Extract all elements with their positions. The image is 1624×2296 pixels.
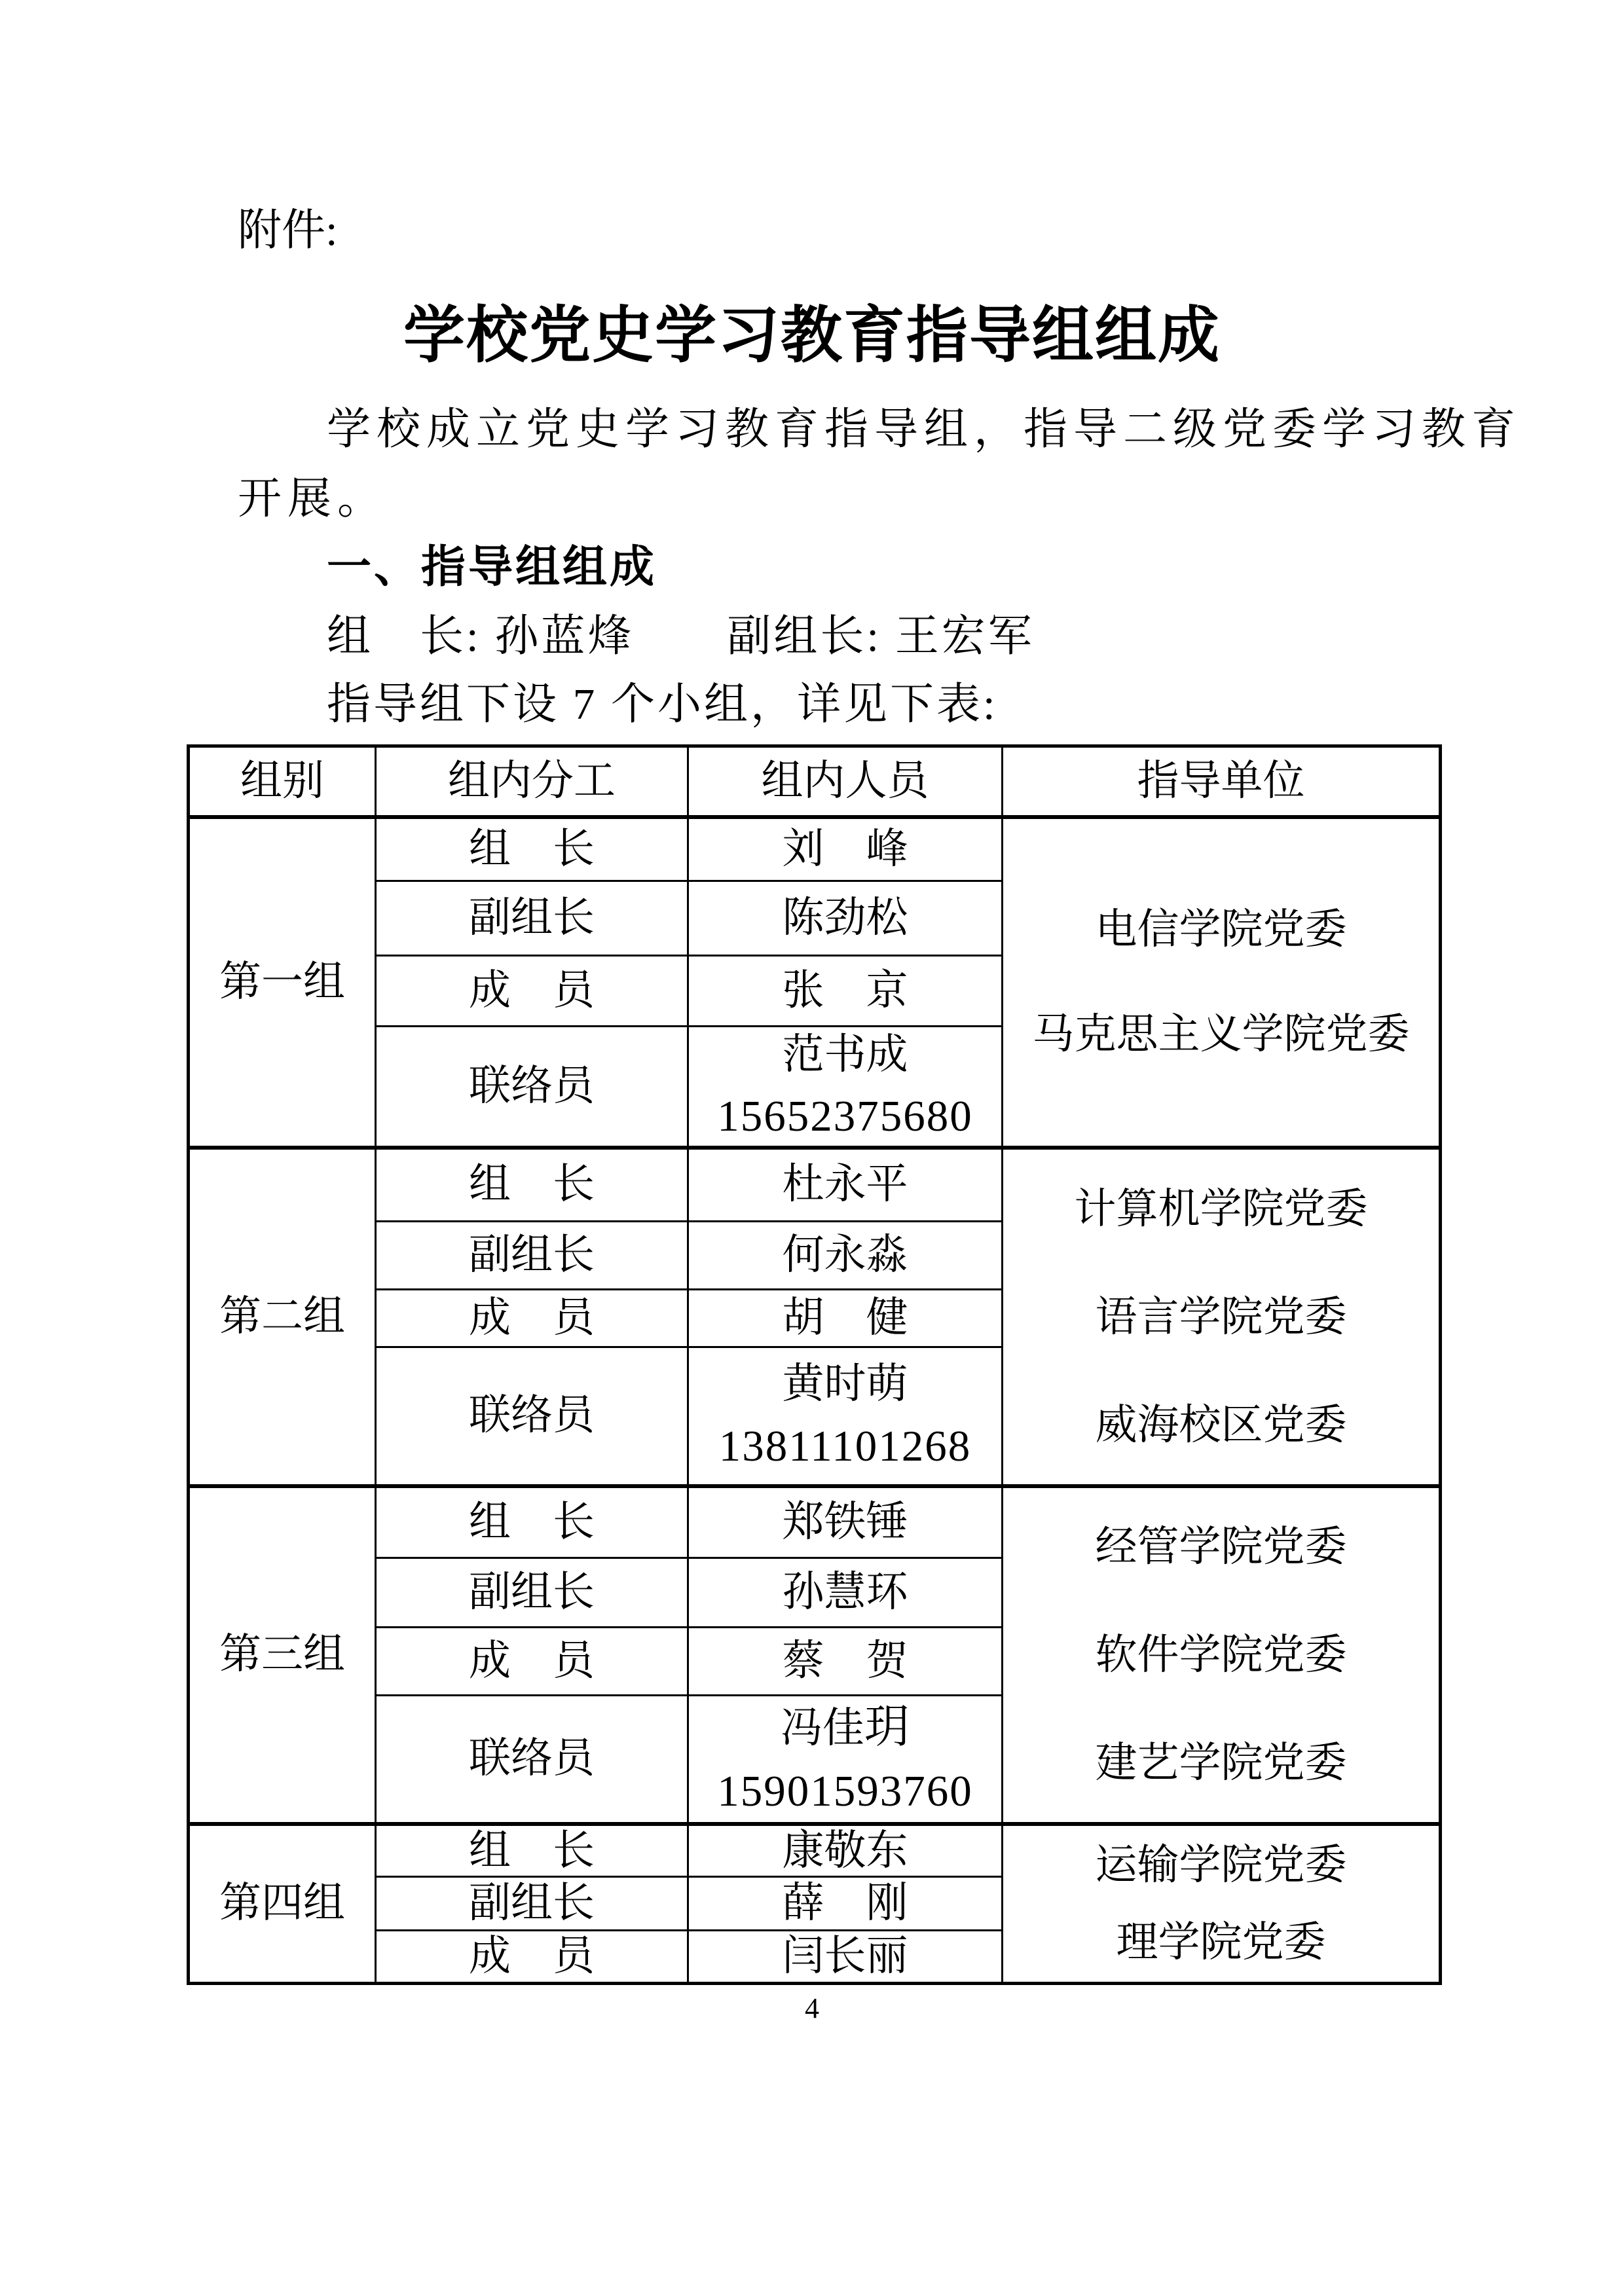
document-title: 学校党史学习教育指导组组成	[0, 285, 1624, 374]
header-group: 组别	[189, 746, 376, 817]
unit-line: 运输学院党委	[1003, 1827, 1439, 1904]
intro-paragraph-line1: 学校成立党史学习教育指导组，指导二级党委学习教育	[327, 394, 1521, 457]
unit-line: 软件学院党委	[1003, 1601, 1439, 1709]
person-cell: 康敬东	[688, 1824, 1003, 1877]
role-cell: 组 长	[376, 1824, 688, 1877]
person-cell: 薛 刚	[688, 1877, 1003, 1931]
person-cell: 郑铁锤	[688, 1486, 1003, 1558]
header-person: 组内人员	[688, 746, 1003, 817]
table-row: 第三组 组 长 郑铁锤 经管学院党委 软件学院党委 建艺学院党委	[189, 1486, 1441, 1558]
role-cell: 副组长	[376, 881, 688, 956]
role-cell: 组 长	[376, 1148, 688, 1222]
person-cell: 闫长丽	[688, 1931, 1003, 1984]
liaison-name: 冯佳玥	[689, 1700, 1001, 1755]
person-cell: 杜永平	[688, 1148, 1003, 1222]
liaison-cell: 黄时萌 13811101268	[688, 1347, 1003, 1486]
group-name: 第三组	[189, 1486, 376, 1824]
variant-font-glyph: 玥	[864, 1701, 910, 1753]
role-cell: 联络员	[376, 1027, 688, 1148]
intro-paragraph-line2: 开展。	[238, 464, 387, 526]
unit-line: 电信学院党委	[1003, 877, 1439, 982]
person-cell: 孙慧环	[688, 1558, 1003, 1628]
page-number: 4	[0, 1992, 1624, 2025]
role-cell: 组 长	[376, 1486, 688, 1558]
liaison-name: 黄时萌	[689, 1359, 1001, 1410]
document-page: 附件: 学校党史学习教育指导组组成 学校成立党史学习教育指导组，指导二级党委学习…	[0, 0, 1624, 2296]
role-cell: 副组长	[376, 1558, 688, 1628]
table-row: 第四组 组 长 康敬东 运输学院党委 理学院党委	[189, 1824, 1441, 1877]
role-cell: 组 长	[376, 817, 688, 881]
liaison-phone: 15901593760	[689, 1765, 1001, 1817]
units-cell: 运输学院党委 理学院党委	[1003, 1824, 1441, 1984]
leaders-line: 组 长: 孙蓝烽 副组长: 王宏军	[327, 601, 1035, 664]
role-cell: 成 员	[376, 1931, 688, 1984]
role-cell: 副组长	[376, 1877, 688, 1931]
person-cell: 陈劲松	[688, 881, 1003, 956]
liaison-cell: 范书成 15652375680	[688, 1027, 1003, 1148]
liaison-cell: 冯佳玥 15901593760	[688, 1696, 1003, 1824]
role-cell: 联络员	[376, 1696, 688, 1824]
units-cell: 计算机学院党委 语言学院党委 威海校区党委	[1003, 1148, 1441, 1486]
person-cell: 何永淼	[688, 1222, 1003, 1290]
header-role: 组内分工	[376, 746, 688, 817]
liaison-phone: 15652375680	[689, 1090, 1001, 1142]
unit-line: 语言学院党委	[1003, 1263, 1439, 1371]
liaison-phone: 13811101268	[689, 1420, 1001, 1472]
unit-line: 计算机学院党委	[1003, 1155, 1439, 1263]
person-cell: 蔡 贺	[688, 1628, 1003, 1696]
attachment-label: 附件:	[238, 207, 338, 255]
unit-line: 理学院党委	[1003, 1904, 1439, 1981]
units-cell: 经管学院党委 软件学院党委 建艺学院党委	[1003, 1486, 1441, 1824]
role-cell: 联络员	[376, 1347, 688, 1486]
subgroups-line: 指导组下设 7 个小组，详见下表:	[327, 669, 998, 732]
header-unit: 指导单位	[1003, 746, 1441, 817]
group-name: 第二组	[189, 1148, 376, 1486]
person-cell: 胡 健	[688, 1290, 1003, 1347]
table-row: 第二组 组 长 杜永平 计算机学院党委 语言学院党委 威海校区党委	[189, 1148, 1441, 1222]
table-row: 第一组 组 长 刘 峰 电信学院党委 马克思主义学院党委	[189, 817, 1441, 881]
role-cell: 成 员	[376, 956, 688, 1027]
liaison-name: 范书成	[689, 1030, 1001, 1080]
group-name: 第四组	[189, 1824, 376, 1984]
unit-line: 建艺学院党委	[1003, 1709, 1439, 1817]
units-cell: 电信学院党委 马克思主义学院党委	[1003, 817, 1441, 1148]
unit-line: 威海校区党委	[1003, 1371, 1439, 1479]
role-cell: 副组长	[376, 1222, 688, 1290]
unit-line: 马克思主义学院党委	[1003, 982, 1439, 1087]
table-header-row: 组别 组内分工 组内人员 指导单位	[189, 746, 1441, 817]
section-heading: 一、指导组组成	[327, 532, 657, 595]
unit-line: 经管学院党委	[1003, 1493, 1439, 1601]
role-cell: 成 员	[376, 1290, 688, 1347]
group-name: 第一组	[189, 817, 376, 1148]
guidance-groups-table: 组别 组内分工 组内人员 指导单位 第一组 组 长 刘 峰 电信学院党委 马克思…	[187, 744, 1442, 1985]
person-cell: 刘 峰	[688, 817, 1003, 881]
role-cell: 成 员	[376, 1628, 688, 1696]
person-cell: 张 京	[688, 956, 1003, 1027]
